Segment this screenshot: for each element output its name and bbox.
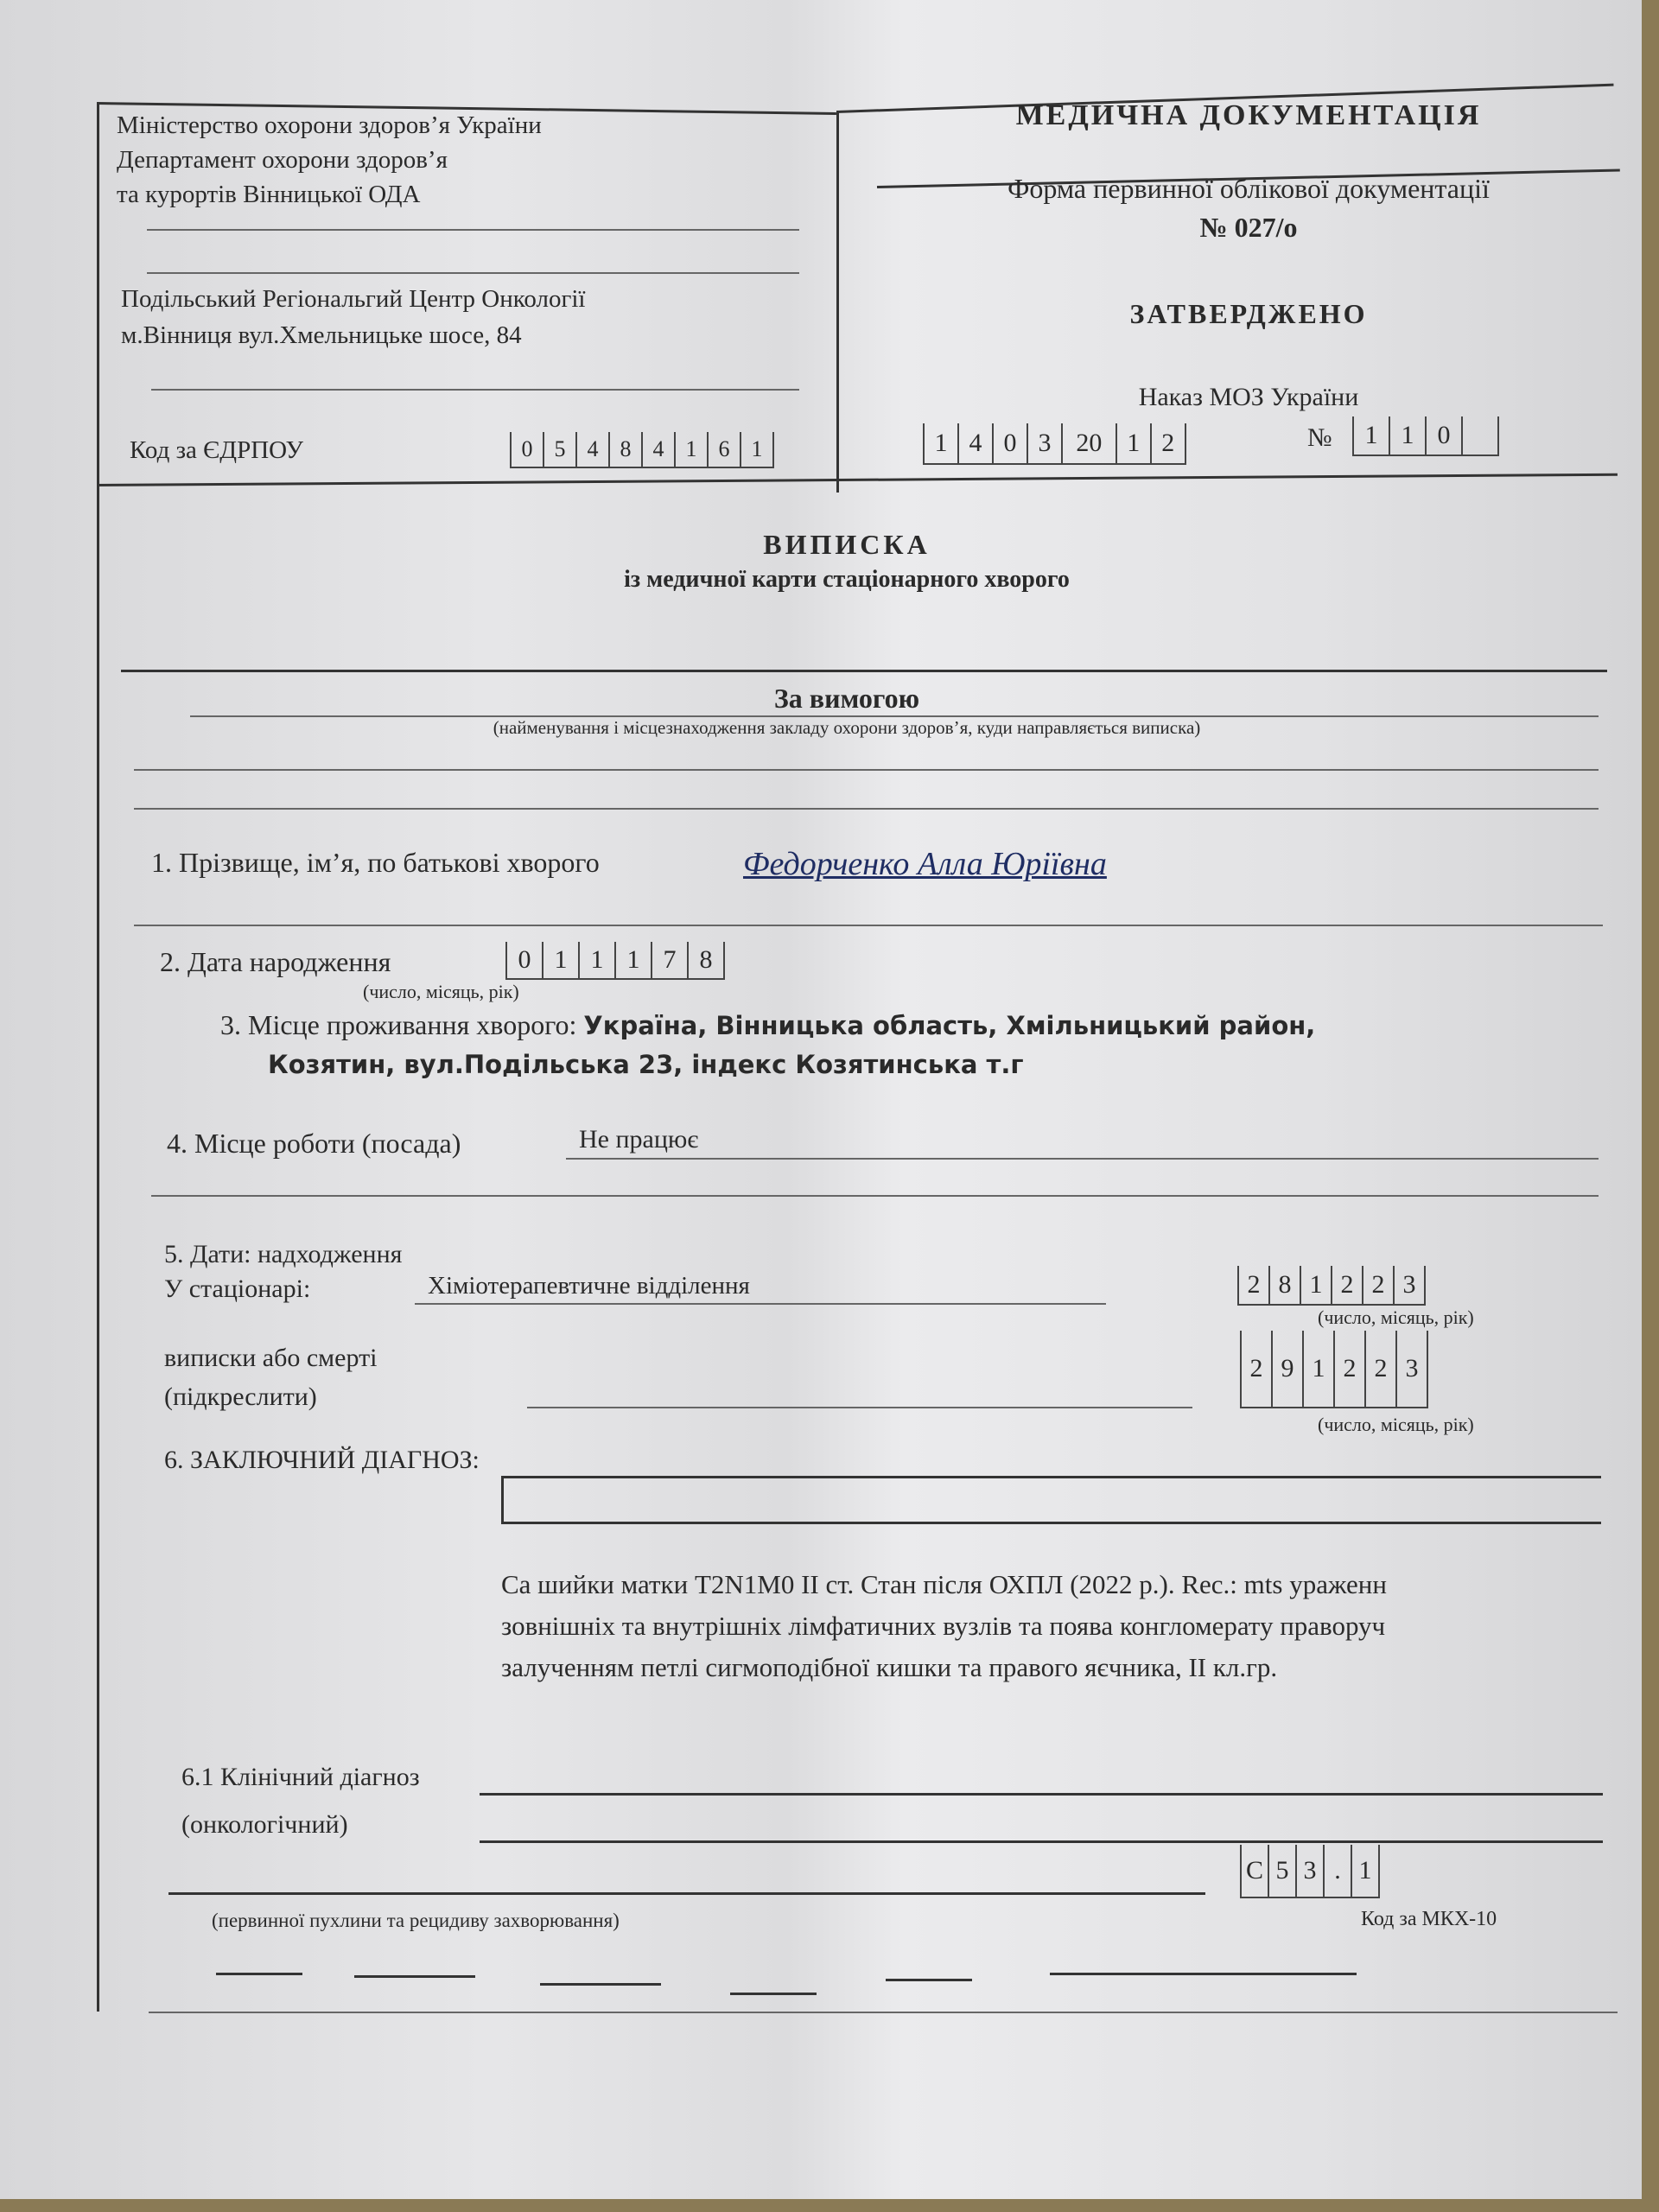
final-diagnosis-label: 6. ЗАКЛЮЧНИЙ ДІАГНОЗ: [164,1446,480,1475]
patient-name-value: Федорченко Алла Юріївна [743,845,1107,883]
dob-label: 2. Дата народження [160,946,391,978]
diagnosis-line: залученням петлі сигмоподібної кишки та … [501,1647,1387,1688]
document-page: Міністерство охорони здоров’я України Де… [0,0,1642,2199]
discharge-hint: (число, місяць, рік) [1318,1414,1474,1436]
blank-line [168,1892,1205,1895]
frame-left [97,102,99,2012]
document-subtitle: із медичної карти стаціонарного хворого [86,566,1607,594]
document-title: ВИПИСКА [86,529,1607,561]
address-line-1: 3. Місце проживання хворого: Україна, Ві… [220,1009,1315,1041]
digit-box: 2 [1333,1331,1364,1407]
blank-line [134,769,1599,771]
patient-name-label: 1. Прізвище, ім’я, по батькові хворого [151,847,600,879]
digit-box: 1 [614,942,651,978]
digit-box: 0 [505,942,542,978]
ministry-block: Міністерство охорони здоров’я України Де… [117,108,542,212]
header-title: МЕДИЧНА ДОКУМЕНТАЦІЯ [881,99,1616,132]
blank-line [886,1979,972,1981]
digit-box: 2 [1240,1331,1271,1407]
blank-line [730,1993,817,1995]
digit-box: 3 [1027,423,1061,463]
digit-box: 7 [651,942,687,978]
dates-label: 5. Дати: надходження [164,1240,402,1269]
digit-box: 2 [1150,423,1186,463]
digit-box: 9 [1271,1331,1302,1407]
digit-box: 0 [992,423,1027,463]
digit-box: 0 [510,432,543,467]
digit-box: 1 [542,942,578,978]
digit-box: 4 [641,432,674,467]
diagnosis-line: Са шийки матки T2N1M0 II ст. Стан після … [501,1564,1387,1605]
order-label: Наказ МОЗ України [881,383,1616,412]
digit-box: 20 [1061,423,1116,463]
ward-label: У стаціонарі: [164,1274,310,1304]
digit-box: 3 [1295,1845,1323,1897]
digit-box: 1 [674,432,707,467]
digit-box: 8 [687,942,725,978]
digit-box: 1 [923,423,957,463]
title-bottom-rule [121,670,1607,672]
blank-line [566,1158,1599,1160]
digit-box: 1 [578,942,614,978]
digit-box: 3 [1395,1331,1428,1407]
digit-box: 0 [1425,416,1461,454]
digit-box: 1 [1300,1266,1331,1304]
discharge-label: виписки або смерті [164,1344,378,1373]
digit-box: 8 [608,432,641,467]
workplace-label: 4. Місце роботи (посада) [167,1128,461,1160]
digit-box: 1 [1116,423,1150,463]
digit-box: 2 [1364,1331,1395,1407]
form-number: № 027/о [881,212,1616,244]
clinical-diagnosis-label: 6.1 Клінічний діагноз [181,1763,420,1792]
blank-line [216,1973,302,1975]
approved-label: ЗАТВЕРДЖЕНО [881,298,1616,330]
discharge-date-boxes: 291223 [1240,1331,1428,1408]
discharge-label-2: (підкреслити) [164,1382,317,1412]
institution-block: Подільський Регіональгий Центр Онкології… [121,281,585,353]
department-line-2: та курортів Вінницької ОДА [117,177,542,212]
digit-box: C [1240,1845,1268,1897]
digit-box: 6 [707,432,740,467]
digit-box: 4 [575,432,608,467]
digit-box: 2 [1237,1266,1268,1304]
order-number-boxes: 110 [1352,416,1499,456]
blank-line [527,1407,1192,1408]
diagnosis-line: зовнішніх та внутрішніх лімфатичних вузл… [501,1605,1387,1647]
digit-box: 1 [1389,416,1425,454]
admission-date-boxes: 281223 [1237,1266,1426,1306]
digit-box: . [1323,1845,1351,1897]
header-bottom-rule [97,474,1618,486]
blank-line [147,272,799,274]
final-diagnosis-text: Са шийки матки T2N1M0 II ст. Стан після … [501,1564,1387,1688]
edrpou-code-boxes: 05484161 [510,432,774,468]
blank-line [151,389,799,391]
ward-value: Хіміотерапевтичне відділення [428,1272,750,1300]
blank-line [151,1195,1599,1197]
blank-line [480,1793,1603,1796]
address-value-1: Україна, Вінницька область, Хмільницький… [583,1011,1315,1040]
ministry-line: Міністерство охорони здоров’я України [117,108,542,143]
form-bottom-rule [149,2012,1618,2013]
institution-name: Подільський Регіональгий Центр Онкології [121,281,585,317]
blank-line [134,925,1603,926]
blank-line [480,1840,1603,1843]
dob-boxes: 011178 [505,942,725,980]
digit-box: 1 [1351,1845,1380,1897]
admission-hint: (число, місяць, рік) [1318,1306,1474,1329]
digit-box: 4 [957,423,992,463]
icd-code-boxes: C53.1 [1240,1845,1380,1898]
dob-hint: (число, місяць, рік) [363,981,519,1003]
form-label: Форма первинної облікової документації [881,173,1616,205]
recipient-value: За вимогою [86,683,1607,715]
address-value-2: Козятин, вул.Подільська 23, індекс Козят… [268,1050,1024,1079]
primary-tumor-hint: (первинної пухлини та рецидиву захворюва… [212,1910,620,1932]
digit-box: 1 [1352,416,1389,454]
blank-line [134,808,1599,810]
digit-box: 2 [1362,1266,1393,1304]
institution-address: м.Вінниця вул.Хмельницьке шосе, 84 [121,317,585,353]
blank-line [147,229,799,231]
blank-line [1050,1973,1357,1975]
blank-line [354,1975,475,1978]
frame-divider [836,112,839,493]
digit-box: 1 [740,432,774,467]
address-label: 3. Місце проживання хворого: [220,1009,576,1040]
edrpou-label: Код за ЄДРПОУ [130,436,303,465]
icd-label: Код за МКХ-10 [1361,1908,1497,1931]
workplace-value: Не працює [579,1125,698,1154]
blank-line [540,1983,661,1986]
digit-box: 5 [543,432,575,467]
recipient-hint: (найменування і місцезнаходження закладу… [86,717,1607,739]
digit-box: 1 [1302,1331,1333,1407]
order-number-sign: № [1307,423,1332,453]
digit-box: 5 [1268,1845,1295,1897]
clinical-diagnosis-label-2: (онкологічний) [181,1810,348,1840]
digit-box [1461,416,1499,454]
final-diagnosis-box [501,1476,1601,1524]
digit-box: 2 [1331,1266,1362,1304]
department-line: Департамент охорони здоров’я [117,143,542,177]
digit-box: 8 [1268,1266,1300,1304]
digit-box: 3 [1393,1266,1426,1304]
order-date-boxes: 14032012 [923,423,1186,465]
blank-line [415,1303,1106,1305]
